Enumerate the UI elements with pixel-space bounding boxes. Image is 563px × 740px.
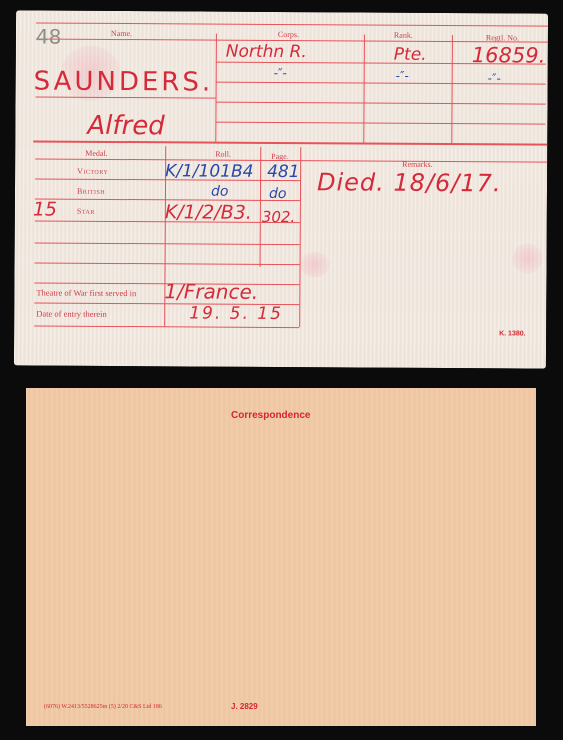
label-medal: Medal. [85,149,107,158]
regtl-ditto: -″- [488,71,501,85]
stain [512,243,542,273]
label-remarks: Remarks. [402,160,432,169]
roll-star: K/1/2/B3. [165,201,252,224]
medal-label-british: British [77,187,105,196]
surname: SAUNDERS. [34,66,214,97]
label-page: Page. [271,152,289,161]
page-victory: 481 [267,162,300,182]
rule [260,147,262,267]
label-date-entry: Date of entry therein [36,309,107,319]
rule [36,23,548,27]
rule [215,122,545,125]
page-star: 302. [262,208,296,226]
rule [363,35,365,143]
rank-value: Pte. [394,45,427,65]
forename: Alfred [87,111,165,141]
star-prefix: 15 [33,198,57,220]
label-roll: Roll. [215,150,231,159]
roll-british: do [211,184,229,200]
rule [451,35,453,143]
label-corps: Corps. [278,30,299,39]
medal-label-star: Star [77,207,95,216]
corps-value: Northn R. [226,42,307,62]
page-british: do [269,186,287,202]
medal-card-front: 48 Name. Corps. Rank. Regtl. No. Medal. … [14,10,548,368]
printer-imprint: (6076) W.2413/5528625m (5) 2/20 C&S Ltd … [44,704,162,710]
rule [34,325,299,328]
rule [216,102,546,105]
rule [33,140,547,145]
corps-ditto: -″- [274,66,287,80]
label-regtl-no: Regtl. No. [486,33,519,42]
rule [215,34,217,142]
correspondence-title: Correspondence [231,410,310,421]
remarks-value: Died. 18/6/17. [317,168,502,197]
medal-label-victory: Victory [77,167,108,176]
stain [299,252,329,277]
form-code-back: J. 2829 [231,702,258,711]
pencil-number: 48 [36,25,62,49]
roll-victory: K/1/101B4 [165,161,253,182]
theatre-value: 1/France. [164,279,258,304]
rank-ditto: -″- [396,69,409,83]
medal-card-back: Correspondence (6076) W.2413/5528625m (5… [26,388,536,726]
entry-date-value: 19. 5. 15 [189,303,283,324]
form-code-front: K. 1380. [499,330,526,337]
regtl-value: 16859. [472,43,546,67]
label-theatre: Theatre of War first served in [36,288,136,299]
label-name: Name. [111,29,132,38]
label-rank: Rank. [394,31,413,40]
